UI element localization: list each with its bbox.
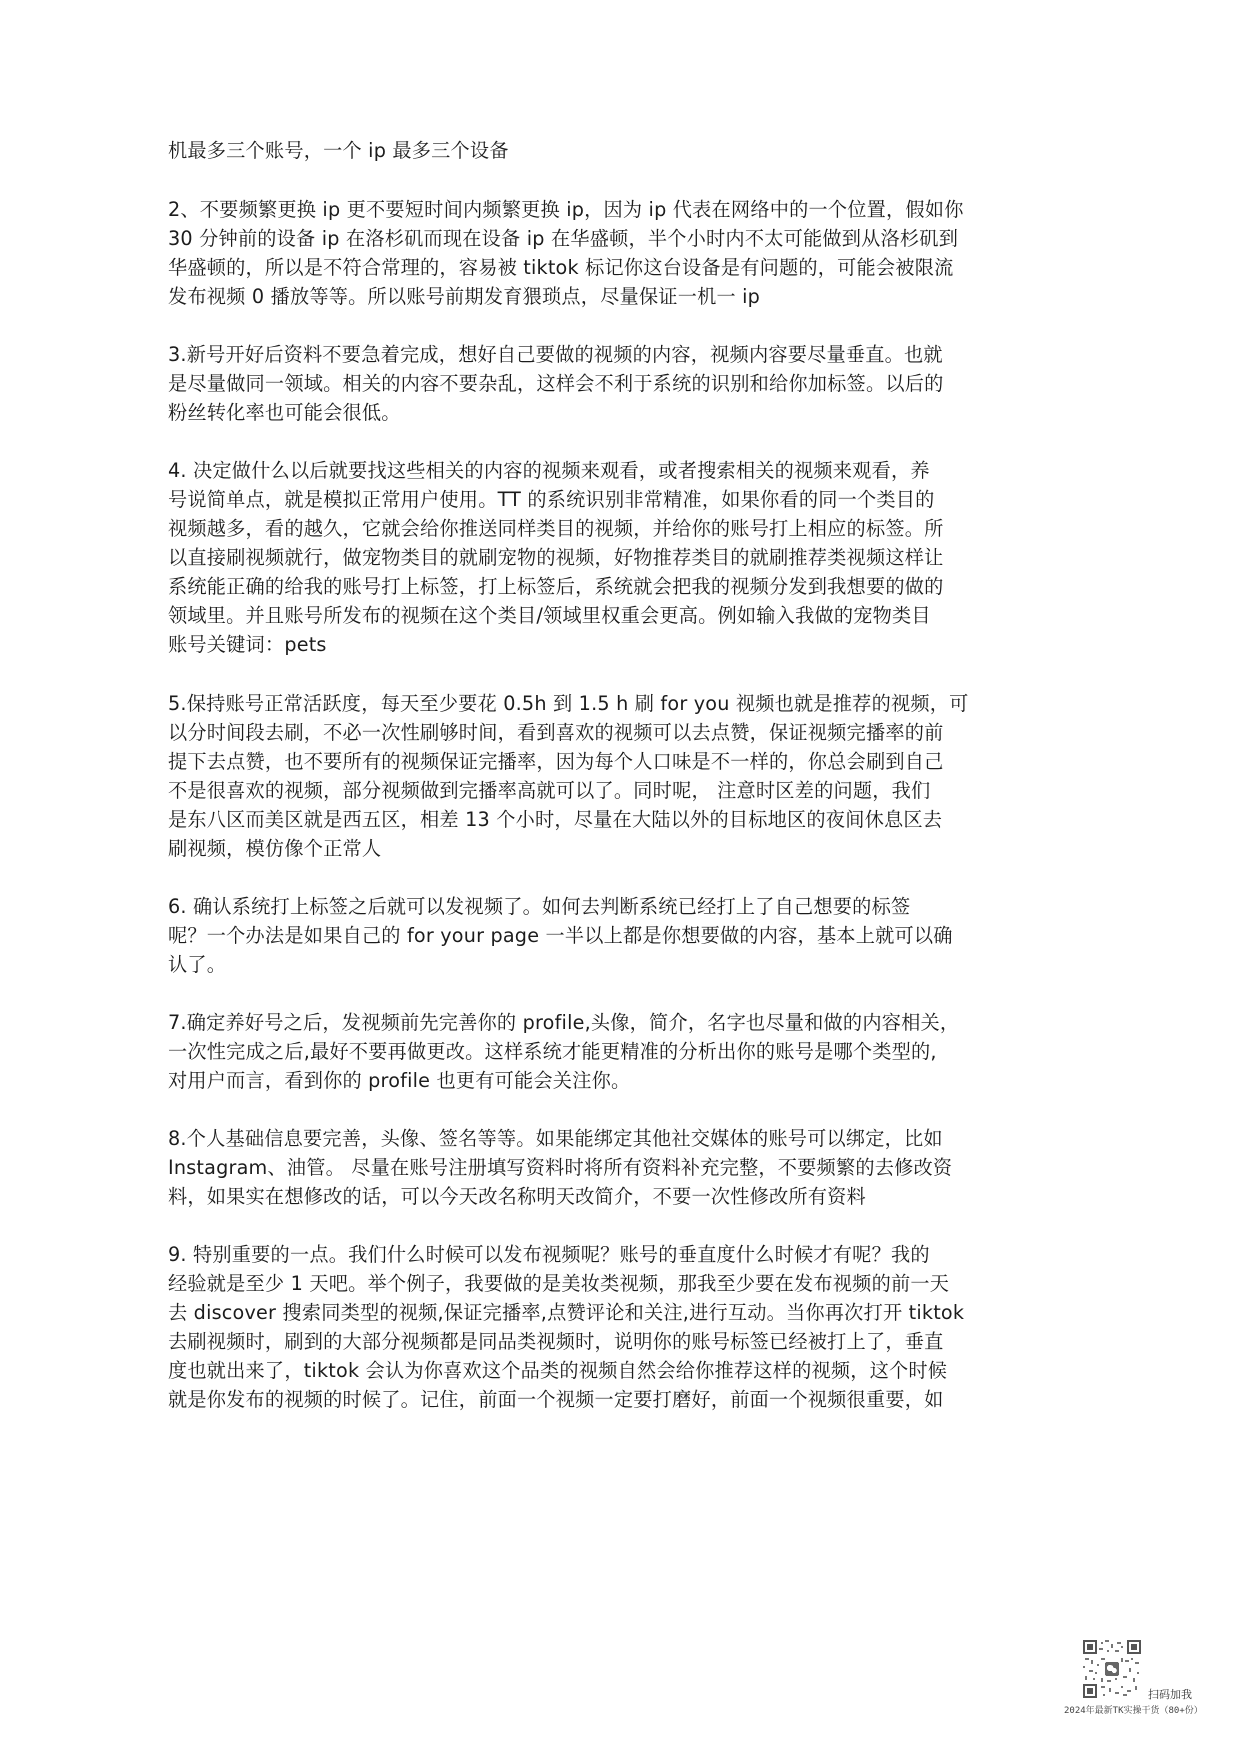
qr-code-icon — [1083, 1640, 1141, 1698]
qr-scan-label: 扫码加我 — [1148, 1686, 1192, 1702]
text-line: 去 discover 搜索同类型的视频,保证完播率,点赞评论和关注,进行互动。当… — [168, 1298, 1058, 1327]
text-line: 账号关键词：pets — [168, 630, 1058, 659]
text-line: 发布视频 0 播放等等。所以账号前期发育猥琐点，尽量保证一机一 ip — [168, 282, 1058, 311]
text-line: Instagram、油管。 尽量在账号注册填写资料时将所有资料补充完整，不要频繁… — [168, 1153, 1058, 1182]
text-line: 去刷视频时，刷到的大部分视频都是同品类视频时，说明你的账号标签已经被打上了，垂直 — [168, 1327, 1058, 1356]
text-line: 是东八区而美区就是西五区，相差 13 个小时，尽量在大陆以外的目标地区的夜间休息… — [168, 805, 1058, 834]
text-line: 经验就是至少 1 天吧。举个例子，我要做的是美妆类视频，那我至少要在发布视频的前… — [168, 1269, 1058, 1298]
text-line: 对用户而言，看到你的 profile 也更有可能会关注你。 — [168, 1066, 1058, 1095]
qr-caption: 2024年最新TK实操干货（80+份） — [1064, 1703, 1203, 1716]
text-line: 度也就出来了，tiktok 会认为你喜欢这个品类的视频自然会给你推荐这样的视频，… — [168, 1356, 1058, 1385]
text-line: 机最多三个账号，一个 ip 最多三个设备 — [168, 136, 1058, 165]
paragraph-2: 2、不要频繁更换 ip 更不要短时间内频繁更换 ip，因为 ip 代表在网络中的… — [168, 195, 1058, 311]
text-line: 粉丝转化率也可能会很低。 — [168, 398, 1058, 427]
text-line: 30 分钟前的设备 ip 在洛杉矶而现在设备 ip 在华盛顿，半个小时内不太可能… — [168, 224, 1058, 253]
paragraph-7: 7.确定养好号之后，发视频前先完善你的 profile,头像，简介，名字也尽量和… — [168, 1008, 1058, 1095]
text-line: 不是很喜欢的视频，部分视频做到完播率高就可以了。同时呢， 注意时区差的问题，我们 — [168, 776, 1058, 805]
paragraph-1-continued: 机最多三个账号，一个 ip 最多三个设备 — [168, 136, 1058, 165]
text-line: 视频越多，看的越久，它就会给你推送同样类目的视频，并给你的账号打上相应的标签。所 — [168, 514, 1058, 543]
document-page: 机最多三个账号，一个 ip 最多三个设备 2、不要频繁更换 ip 更不要短时间内… — [0, 0, 1241, 1754]
text-line: 领域里。并且账号所发布的视频在这个类目/领域里权重会更高。例如输入我做的宠物类目 — [168, 601, 1058, 630]
paragraph-5: 5.保持账号正常活跃度，每天至少要花 0.5h 到 1.5 h 刷 for yo… — [168, 689, 1058, 863]
text-line: 刷视频，模仿像个正常人 — [168, 834, 1058, 863]
text-line: 就是你发布的视频的时候了。记住，前面一个视频一定要打磨好，前面一个视频很重要，如 — [168, 1385, 1058, 1414]
paragraph-9: 9. 特别重要的一点。我们什么时候可以发布视频呢？账号的垂直度什么时候才有呢？我… — [168, 1240, 1058, 1414]
text-line: 5.保持账号正常活跃度，每天至少要花 0.5h 到 1.5 h 刷 for yo… — [168, 689, 1058, 718]
paragraph-3: 3.新号开好后资料不要急着完成，想好自己要做的视频的内容，视频内容要尽量垂直。也… — [168, 340, 1058, 427]
text-line: 9. 特别重要的一点。我们什么时候可以发布视频呢？账号的垂直度什么时候才有呢？我… — [168, 1240, 1058, 1269]
text-line: 认了。 — [168, 950, 1058, 979]
paragraph-6: 6. 确认系统打上标签之后就可以发视频了。如何去判断系统已经打上了自己想要的标签… — [168, 892, 1058, 979]
text-line: 6. 确认系统打上标签之后就可以发视频了。如何去判断系统已经打上了自己想要的标签 — [168, 892, 1058, 921]
text-line: 4. 决定做什么以后就要找这些相关的内容的视频来观看，或者搜索相关的视频来观看，… — [168, 456, 1058, 485]
text-line: 是尽量做同一领域。相关的内容不要杂乱，这样会不利于系统的识别和给你加标签。以后的 — [168, 369, 1058, 398]
text-line: 以分时间段去刷，不必一次性刷够时间，看到喜欢的视频可以去点赞，保证视频完播率的前 — [168, 718, 1058, 747]
text-line: 号说简单点，就是模拟正常用户使用。TT 的系统识别非常精准，如果你看的同一个类目… — [168, 485, 1058, 514]
paragraph-4: 4. 决定做什么以后就要找这些相关的内容的视频来观看，或者搜索相关的视频来观看，… — [168, 456, 1058, 659]
text-line: 2、不要频繁更换 ip 更不要短时间内频繁更换 ip，因为 ip 代表在网络中的… — [168, 195, 1058, 224]
text-line: 料，如果实在想修改的话，可以今天改名称明天改简介，不要一次性修改所有资料 — [168, 1182, 1058, 1211]
text-line: 以直接刷视频就行，做宠物类目的就刷宠物的视频，好物推荐类目的就刷推荐类视频这样让 — [168, 543, 1058, 572]
text-line: 3.新号开好后资料不要急着完成，想好自己要做的视频的内容，视频内容要尽量垂直。也… — [168, 340, 1058, 369]
text-line: 呢？一个办法是如果自己的 for your page 一半以上都是你想要做的内容… — [168, 921, 1058, 950]
text-line: 提下去点赞，也不要所有的视频保证完播率，因为每个人口味是不一样的，你总会刷到自己 — [168, 747, 1058, 776]
text-line: 8.个人基础信息要完善，头像、签名等等。如果能绑定其他社交媒体的账号可以绑定，比… — [168, 1124, 1058, 1153]
text-line: 系统能正确的给我的账号打上标签，打上标签后，系统就会把我的视频分发到我想要的做的 — [168, 572, 1058, 601]
text-line: 华盛顿的，所以是不符合常理的，容易被 tiktok 标记你这台设备是有问题的，可… — [168, 253, 1058, 282]
paragraph-8: 8.个人基础信息要完善，头像、签名等等。如果能绑定其他社交媒体的账号可以绑定，比… — [168, 1124, 1058, 1211]
text-line: 一次性完成之后,最好不要再做更改。这样系统才能更精准的分析出你的账号是哪个类型的… — [168, 1037, 1058, 1066]
text-line: 7.确定养好号之后，发视频前先完善你的 profile,头像，简介，名字也尽量和… — [168, 1008, 1058, 1037]
